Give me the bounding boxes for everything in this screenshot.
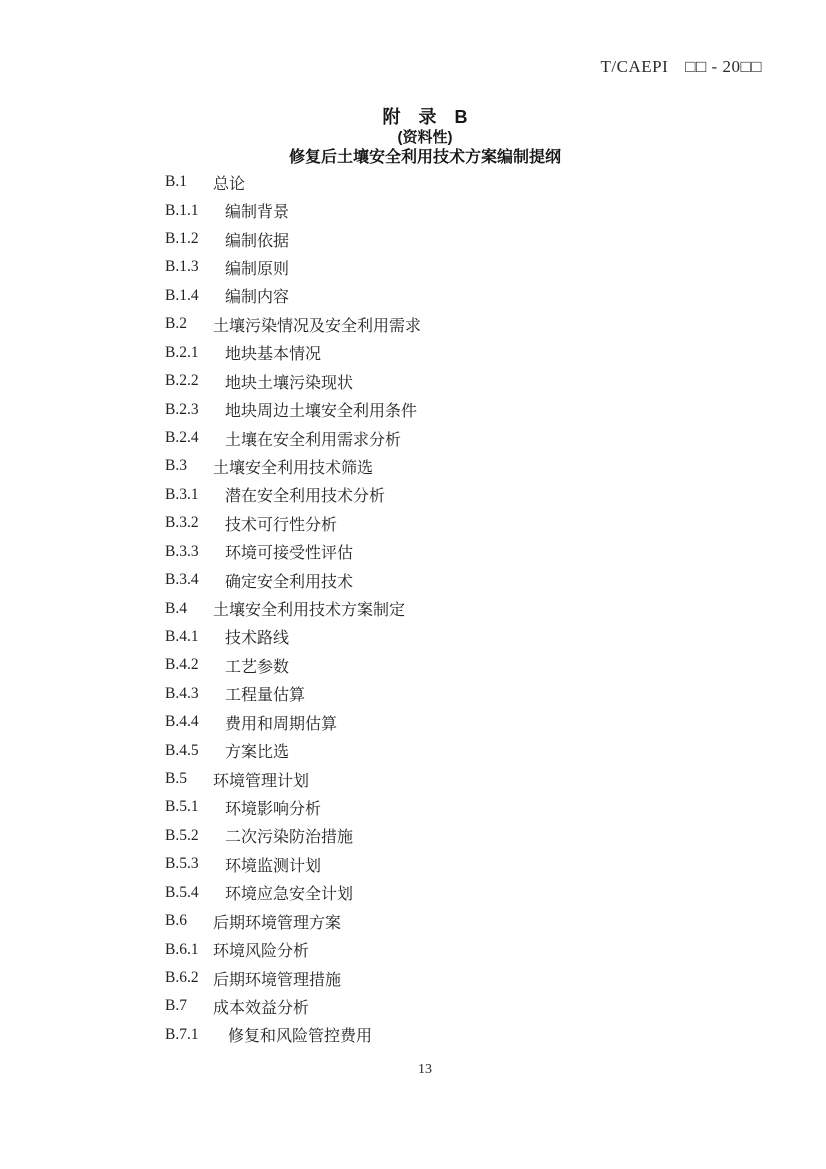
outline-item-title: 潜在安全利用技术分析	[213, 483, 385, 506]
outline-item: B.3.4 确定安全利用技术	[165, 566, 421, 594]
outline-item-title: 修复和风险管控费用	[213, 1023, 372, 1046]
outline-item: B.5.2 二次污染防治措施	[165, 822, 421, 850]
outline-item: B.6 后期环境管理方案	[165, 907, 421, 935]
outline-item-number: B.2.3	[165, 401, 213, 419]
appendix-type-label: (资料性)	[12, 128, 826, 148]
outline-item-title: 环境应急安全计划	[213, 881, 353, 904]
outline-item: B.3 土壤安全利用技术筛选	[165, 452, 421, 480]
outline-item-number: B.2.1	[165, 344, 213, 362]
outline-item: B.5.3 环境监测计划	[165, 850, 421, 878]
outline-item-title: 工艺参数	[213, 654, 289, 677]
outline-item-title: 环境影响分析	[213, 796, 321, 819]
outline-item-title: 环境监测计划	[213, 853, 321, 876]
outline-item-number: B.2.4	[165, 429, 213, 447]
outline-item-number: B.7	[165, 997, 213, 1015]
outline-item-title: 地块周边土壤安全利用条件	[213, 398, 417, 421]
outline-item-number: B.5.1	[165, 798, 213, 816]
appendix-heading: 附 录 B	[12, 107, 826, 128]
outline-item-number: B.4.2	[165, 656, 213, 674]
outline-item-number: B.5.4	[165, 884, 213, 902]
outline-item: B.6.2 后期环境管理措施	[165, 964, 421, 992]
outline-item: B.6.1 环境风险分析	[165, 935, 421, 963]
outline-item-number: B.2.2	[165, 372, 213, 390]
outline-item: B.5 环境管理计划	[165, 765, 421, 793]
outline-item: B.1 总论	[165, 168, 421, 196]
outline-item-number: B.3.2	[165, 514, 213, 532]
outline-item-number: B.5.3	[165, 855, 213, 873]
standard-code-prefix: T/CAEPI	[601, 57, 669, 77]
outline-item-title: 工程量估算	[213, 682, 305, 705]
outline-item: B.1.1 编制背景	[165, 196, 421, 224]
outline-item: B.4.3 工程量估算	[165, 680, 421, 708]
outline-item: B.4.4 费用和周期估算	[165, 708, 421, 736]
outline-item-number: B.3.1	[165, 486, 213, 504]
outline-item-title: 环境风险分析	[213, 938, 309, 961]
outline-item: B.4.5 方案比选	[165, 736, 421, 764]
outline-item-title: 环境可接受性评估	[213, 540, 353, 563]
outline-item-number: B.3	[165, 457, 213, 475]
outline-item-number: B.3.4	[165, 571, 213, 589]
outline-item-title: 土壤安全利用技术方案制定	[213, 597, 405, 620]
outline-item-title: 方案比选	[213, 739, 289, 762]
outline-item-number: B.1	[165, 173, 213, 191]
outline-item-title: 地块基本情况	[213, 341, 321, 364]
outline-item-number: B.1.1	[165, 202, 213, 220]
standard-code-number: □□ - 20□□	[685, 57, 762, 77]
outline-item: B.4.2 工艺参数	[165, 651, 421, 679]
outline-item: B.2.4 土壤在安全利用需求分析	[165, 424, 421, 452]
outline-item-number: B.4.5	[165, 742, 213, 760]
outline-item: B.1.4 编制内容	[165, 282, 421, 310]
outline-item-title: 后期环境管理措施	[213, 967, 341, 990]
outline-item: B.1.3 编制原则	[165, 253, 421, 281]
outline-item: B.2.2 地块土壤污染现状	[165, 367, 421, 395]
outline-item-number: B.1.3	[165, 258, 213, 276]
standard-code: T/CAEPI □□ - 20□□	[601, 57, 762, 77]
outline-item: B.4.1 技术路线	[165, 623, 421, 651]
outline-item-number: B.1.2	[165, 230, 213, 248]
outline-item-title: 编制内容	[213, 284, 289, 307]
outline-item-number: B.7.1	[165, 1026, 213, 1044]
outline-item-title: 总论	[213, 171, 245, 194]
outline-item-title: 环境管理计划	[213, 768, 309, 791]
outline-item: B.2.1 地块基本情况	[165, 339, 421, 367]
outline-item-title: 费用和周期估算	[213, 711, 337, 734]
document-page: T/CAEPI □□ - 20□□ 附 录 B (资料性) 修复后土壤安全利用技…	[0, 0, 826, 1169]
appendix-title-block: 附 录 B (资料性) 修复后土壤安全利用技术方案编制提纲	[12, 107, 826, 168]
outline-item: B.7 成本效益分析	[165, 992, 421, 1020]
outline-item-number: B.4.1	[165, 628, 213, 646]
outline-item-title: 二次污染防治措施	[213, 824, 353, 847]
outline-item: B.7.1 修复和风险管控费用	[165, 1021, 421, 1049]
outline-item: B.3.1 潜在安全利用技术分析	[165, 481, 421, 509]
outline-item: B.4 土壤安全利用技术方案制定	[165, 594, 421, 622]
outline-item-number: B.5	[165, 770, 213, 788]
outline-item-title: 成本效益分析	[213, 995, 309, 1018]
outline-item: B.2 土壤污染情况及安全利用需求	[165, 310, 421, 338]
outline-item-number: B.2	[165, 315, 213, 333]
outline-item-title: 技术路线	[213, 625, 289, 648]
outline-item-title: 确定安全利用技术	[213, 569, 353, 592]
outline-item: B.5.4 环境应急安全计划	[165, 879, 421, 907]
outline-item-number: B.4.4	[165, 713, 213, 731]
outline-item-title: 编制依据	[213, 228, 289, 251]
outline-item-title: 编制原则	[213, 256, 289, 279]
outline-list: B.1 总论 B.1.1 编制背景 B.1.2 编制依据 B.1.3 编制原则 …	[165, 168, 421, 1049]
outline-item-number: B.1.4	[165, 287, 213, 305]
outline-item-title: 土壤安全利用技术筛选	[213, 455, 373, 478]
outline-item: B.5.1 环境影响分析	[165, 793, 421, 821]
appendix-name: 修复后土壤安全利用技术方案编制提纲	[12, 148, 826, 168]
outline-item-number: B.4	[165, 600, 213, 618]
outline-item-title: 土壤在安全利用需求分析	[213, 427, 401, 450]
outline-item: B.3.3 环境可接受性评估	[165, 537, 421, 565]
outline-item-title: 地块土壤污染现状	[213, 370, 353, 393]
outline-item-number: B.5.2	[165, 827, 213, 845]
outline-item-number: B.4.3	[165, 685, 213, 703]
outline-item-number: B.3.3	[165, 543, 213, 561]
outline-item: B.2.3 地块周边土壤安全利用条件	[165, 395, 421, 423]
outline-item-title: 后期环境管理方案	[213, 910, 341, 933]
outline-item-title: 技术可行性分析	[213, 512, 337, 535]
outline-item-number: B.6.2	[165, 969, 213, 987]
outline-item: B.3.2 技术可行性分析	[165, 509, 421, 537]
outline-item-title: 编制背景	[213, 199, 289, 222]
outline-item: B.1.2 编制依据	[165, 225, 421, 253]
outline-item-title: 土壤污染情况及安全利用需求	[213, 313, 421, 336]
outline-item-number: B.6.1	[165, 941, 213, 959]
page-number: 13	[12, 1062, 826, 1078]
outline-item-number: B.6	[165, 912, 213, 930]
